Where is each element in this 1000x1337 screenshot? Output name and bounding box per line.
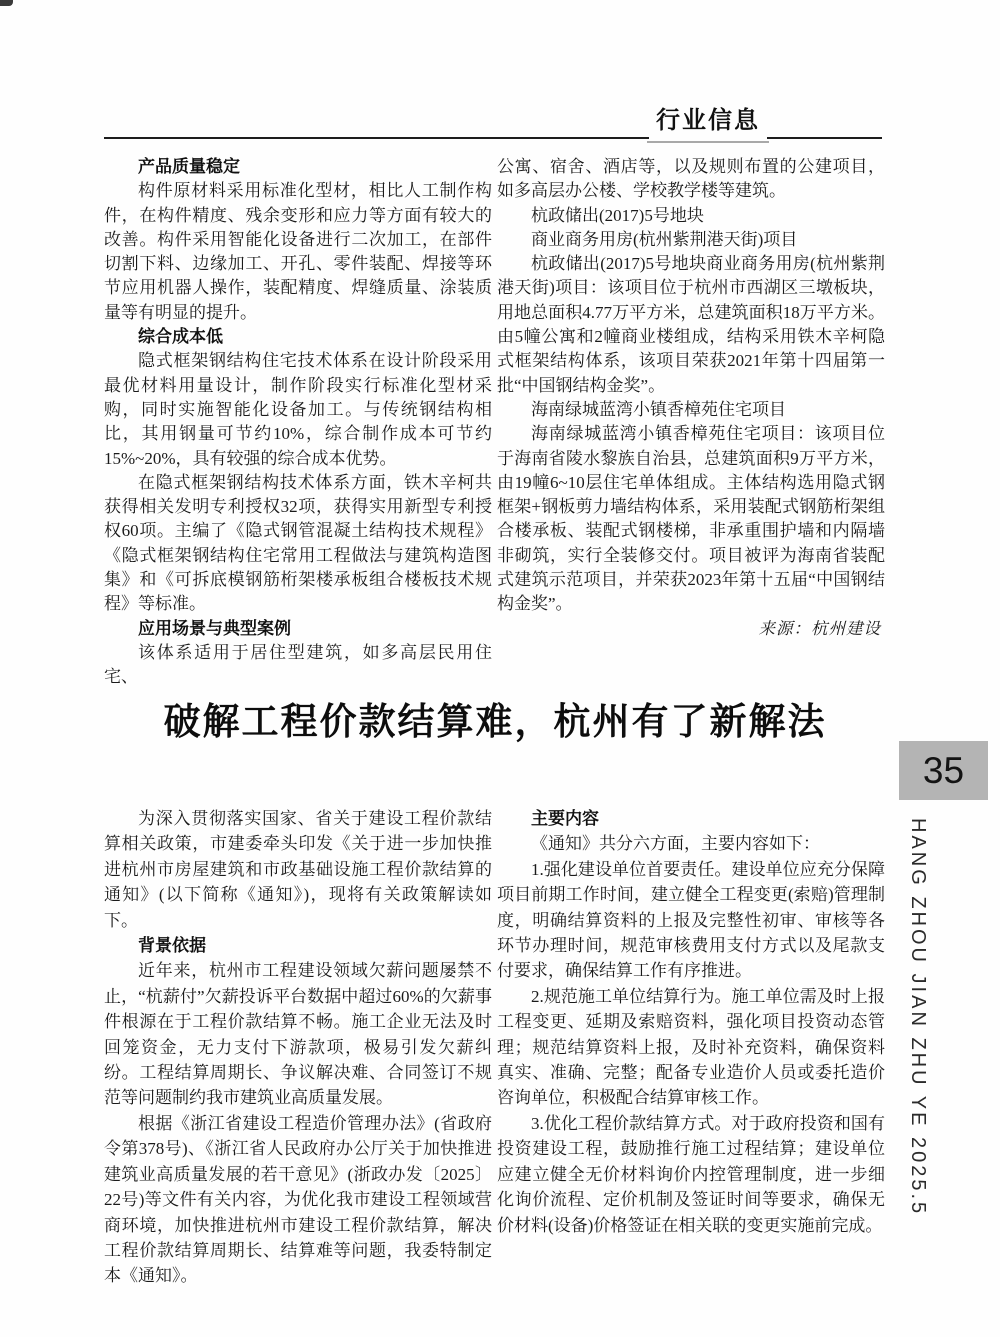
source-line: 来源：杭州建设 <box>497 617 885 641</box>
paragraph: 海南绿城蓝湾小镇香樟苑住宅项目：该项目位于海南省陵水黎族自治县，总建筑面积9万平… <box>497 422 885 616</box>
paragraph: 在隐式框架钢结构技术体系方面，铁木辛柯共获得相关发明专利授权32项，获得实用新型… <box>104 471 492 617</box>
magazine-page: 行业信息 产品质量稳定构件原材料采用标准化型材，相比人工制作构件，在构件精度、残… <box>0 0 1000 1337</box>
page-number-badge: 35 <box>899 741 988 800</box>
section-heading: 综合成本低 <box>104 325 492 349</box>
paragraph: 《通知》共分六方面，主要内容如下： <box>497 831 885 856</box>
section-heading: 背景依据 <box>104 933 492 958</box>
paragraph: 海南绿城蓝湾小镇香樟苑住宅项目 <box>497 398 885 422</box>
header-rule-left <box>104 137 649 139</box>
article2-left-column: 为深入贯彻落实国家、省关于建设工程价款结算相关政策，市建委牵头印发《关于进一步加… <box>104 806 492 1289</box>
page-number: 35 <box>923 752 964 789</box>
section-label-underline <box>647 141 769 143</box>
paragraph-continuation: 公寓、宿舍、酒店等，以及规则布置的公建项目，如多高层办公楼、学校教学楼等建筑。 <box>497 155 885 204</box>
paragraph: 根据《浙江省建设工程造价管理办法》(省政府令第378号)、《浙江省人民政府办公厅… <box>104 1111 492 1289</box>
article1-left-column: 产品质量稳定构件原材料采用标准化型材，相比人工制作构件，在构件精度、残余变形和应… <box>104 155 492 690</box>
section-heading: 应用场景与典型案例 <box>104 617 492 641</box>
paragraph: 隐式框架钢结构住宅技术体系在设计阶段采用最优材料用量设计，制作阶段实行标准化型材… <box>104 349 492 470</box>
paragraph: 为深入贯彻落实国家、省关于建设工程价款结算相关政策，市建委牵头印发《关于进一步加… <box>104 806 492 933</box>
article2-title: 破解工程价款结算难，杭州有了新解法 <box>104 696 886 748</box>
paragraph: 构件原材料采用标准化型材，相比人工制作构件，在构件精度、残余变形和应力等方面有较… <box>104 179 492 325</box>
paragraph: 近年来，杭州市工程建设领域欠薪问题屡禁不止，“杭薪付”欠薪投诉平台数据中超过60… <box>104 958 492 1110</box>
header-rule-right <box>767 137 882 139</box>
section-label: 行业信息 <box>649 106 767 136</box>
scan-artifact <box>0 0 13 6</box>
paragraph: 2.规范施工单位结算行为。施工单位需及时上报工程变更、延期及索赔资料，强化项目投… <box>497 984 885 1111</box>
paragraph: 杭政储出(2017)5号地块商业商务用房(杭州紫荆港天街)项目：该项目位于杭州市… <box>497 252 885 398</box>
paragraph: 杭政储出(2017)5号地块 <box>497 204 885 228</box>
paragraph: 商业商务用房(杭州紫荆港天街)项目 <box>497 228 885 252</box>
article2-right-column: 主要内容《通知》共分六方面，主要内容如下：1.强化建设单位首要责任。建设单位应充… <box>497 806 885 1238</box>
section-heading: 产品质量稳定 <box>104 155 492 179</box>
paragraph: 1.强化建设单位首要责任。建设单位应充分保障项目前期工作时间，建立健全工程变更(… <box>497 857 885 984</box>
paragraph: 3.优化工程价款结算方式。对于政府投资和国有投资建设工程，鼓励推行施工过程结算；… <box>497 1111 885 1238</box>
journal-spine-text: HANG ZHOU JIAN ZHU YE 2025.5 <box>906 818 929 1218</box>
article1-right-column: 公寓、宿舍、酒店等，以及规则布置的公建项目，如多高层办公楼、学校教学楼等建筑。杭… <box>497 155 885 641</box>
paragraph: 该体系适用于居住型建筑，如多高层民用住宅、 <box>104 641 492 690</box>
section-heading: 主要内容 <box>497 806 885 831</box>
